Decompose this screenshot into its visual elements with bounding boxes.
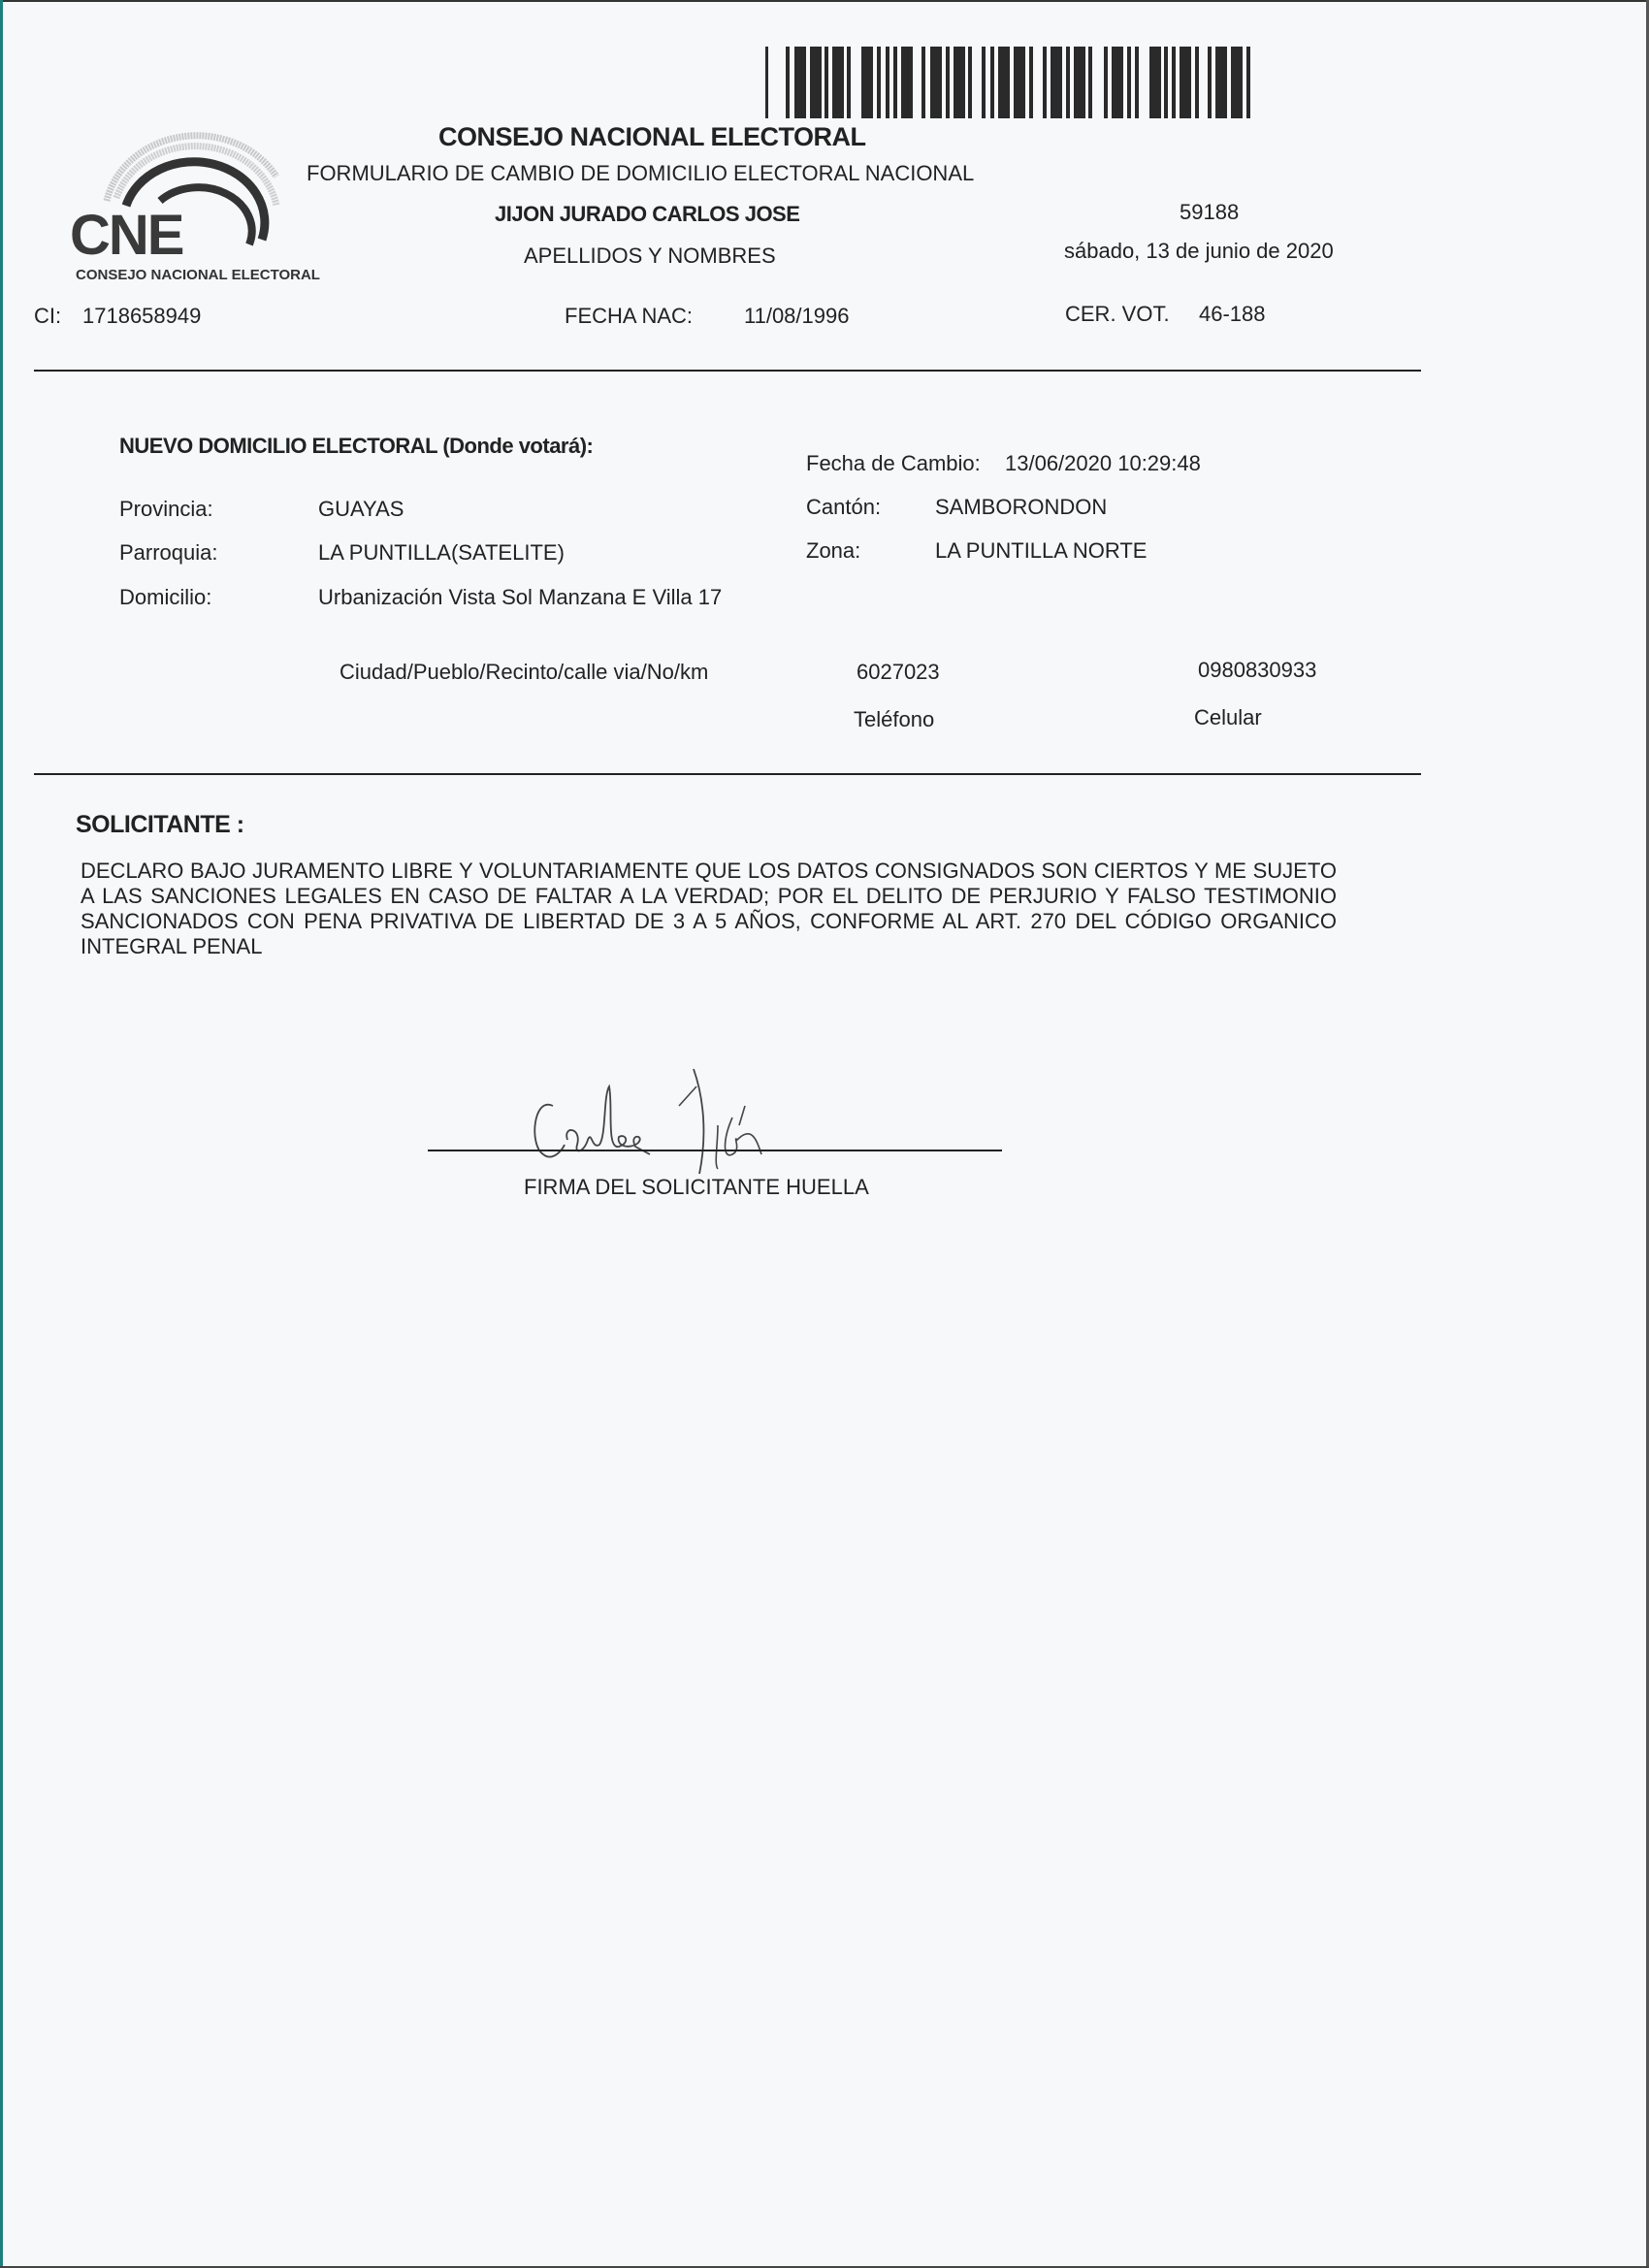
birth-date-value: 11/08/1996 (744, 304, 849, 329)
domicilio-value: Urbanización Vista Sol Manzana E Villa 1… (318, 585, 722, 610)
provincia-value: GUAYAS (318, 497, 404, 522)
scan-edge-top (0, 0, 1649, 2)
divider-middle (34, 773, 1421, 775)
canton-label: Cantón: (806, 495, 881, 520)
form-number: 59188 (1180, 200, 1239, 225)
change-date-label: Fecha de Cambio: (806, 451, 981, 476)
print-date: sábado, 13 de junio de 2020 (1064, 239, 1334, 264)
handwritten-signature-icon (524, 1057, 844, 1174)
phone-value: 6027023 (857, 660, 940, 685)
change-date-value: 13/06/2020 10:29:48 (1005, 451, 1201, 476)
full-name: JIJON JURADO CARLOS JOSE (495, 202, 799, 227)
form-title: FORMULARIO DE CAMBIO DE DOMICILIO ELECTO… (307, 161, 974, 186)
full-name-caption: APELLIDOS Y NOMBRES (524, 243, 776, 269)
canton-value: SAMBORONDON (935, 495, 1107, 520)
signature-caption: FIRMA DEL SOLICITANTE HUELLA (524, 1175, 869, 1200)
new-address-title: NUEVO DOMICILIO ELECTORAL (Donde votará)… (119, 434, 593, 459)
parroquia-value: LA PUNTILLA(SATELITE) (318, 540, 565, 566)
cne-logo-icon: CNE CONSEJO NACIONAL ELECTORAL (68, 109, 330, 283)
scan-edge-left (0, 0, 3, 2268)
domicilio-label: Domicilio: (119, 585, 211, 610)
phone-label: Teléfono (854, 707, 934, 732)
logo-caption: CONSEJO NACIONAL ELECTORAL (76, 267, 320, 283)
zona-label: Zona: (806, 538, 860, 564)
parroquia-label: Parroquia: (119, 540, 218, 566)
barcode-icon (760, 47, 1254, 118)
sworn-declaration: DECLARO BAJO JURAMENTO LIBRE Y VOLUNTARI… (81, 859, 1337, 959)
mobile-label: Celular (1194, 705, 1262, 730)
signature-line (428, 1150, 1002, 1151)
divider-top (34, 370, 1421, 372)
zona-value: LA PUNTILLA NORTE (935, 538, 1147, 564)
domicilio-caption: Ciudad/Pueblo/Recinto/calle via/No/km (339, 660, 708, 685)
provincia-label: Provincia: (119, 497, 213, 522)
cne-logo: CNE CONSEJO NACIONAL ELECTORAL (68, 109, 330, 283)
mobile-value: 0980830933 (1198, 658, 1316, 683)
svg-text:CNE: CNE (70, 204, 183, 267)
ci-value: 1718658949 (82, 304, 201, 329)
voting-cert-value: 46-188 (1199, 302, 1266, 327)
applicant-title: SOLICITANTE : (76, 811, 244, 839)
birth-date-label: FECHA NAC: (565, 304, 693, 329)
org-title: CONSEJO NACIONAL ELECTORAL (438, 122, 866, 152)
voting-cert-label: CER. VOT. (1065, 302, 1170, 327)
ci-label: CI: (34, 304, 61, 329)
